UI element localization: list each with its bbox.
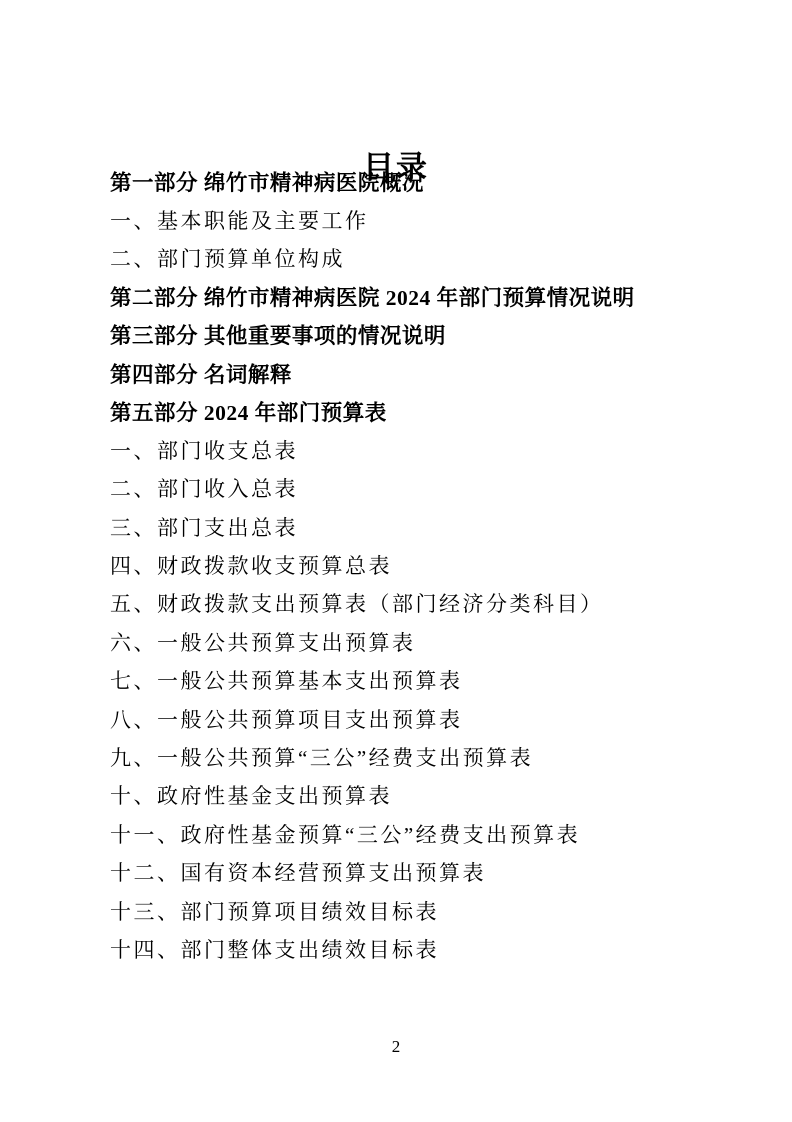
- toc-item: 十一、政府性基金预算“三公”经费支出预算表: [110, 815, 712, 853]
- toc-item: 十、政府性基金支出预算表: [110, 776, 712, 814]
- toc-section-heading: 第一部分 绵竹市精神病医院概况: [110, 162, 712, 200]
- toc-item: 十三、部门预算项目绩效目标表: [110, 891, 712, 929]
- toc-item: 二、部门预算单位构成: [110, 239, 712, 277]
- toc-item: 五、财政拨款支出预算表（部门经济分类科目）: [110, 584, 712, 622]
- toc-item: 一、基本职能及主要工作: [110, 200, 712, 238]
- toc-item: 十四、部门整体支出绩效目标表: [110, 930, 712, 968]
- toc-item: 九、一般公共预算“三公”经费支出预算表: [110, 738, 712, 776]
- toc-item: 二、部门收入总表: [110, 469, 712, 507]
- toc-item: 三、部门支出总表: [110, 508, 712, 546]
- page-title: 目录: [0, 0, 792, 146]
- toc-item: 四、财政拨款收支预算总表: [110, 546, 712, 584]
- toc-section-heading: 第五部分 2024 年部门预算表: [110, 392, 712, 430]
- toc-section-heading: 第三部分 其他重要事项的情况说明: [110, 316, 712, 354]
- document-page: 目录 第一部分 绵竹市精神病医院概况一、基本职能及主要工作二、部门预算单位构成第…: [0, 0, 792, 1122]
- toc-item: 六、一般公共预算支出预算表: [110, 623, 712, 661]
- toc-section-heading: 第四部分 名词解释: [110, 354, 712, 392]
- table-of-contents: 第一部分 绵竹市精神病医院概况一、基本职能及主要工作二、部门预算单位构成第二部分…: [110, 162, 712, 968]
- toc-item: 十二、国有资本经营预算支出预算表: [110, 853, 712, 891]
- page-number: 2: [0, 1036, 792, 1058]
- toc-item: 一、部门收支总表: [110, 431, 712, 469]
- toc-item: 七、一般公共预算基本支出预算表: [110, 661, 712, 699]
- toc-section-heading: 第二部分 绵竹市精神病医院 2024 年部门预算情况说明: [110, 277, 712, 315]
- toc-item: 八、一般公共预算项目支出预算表: [110, 699, 712, 737]
